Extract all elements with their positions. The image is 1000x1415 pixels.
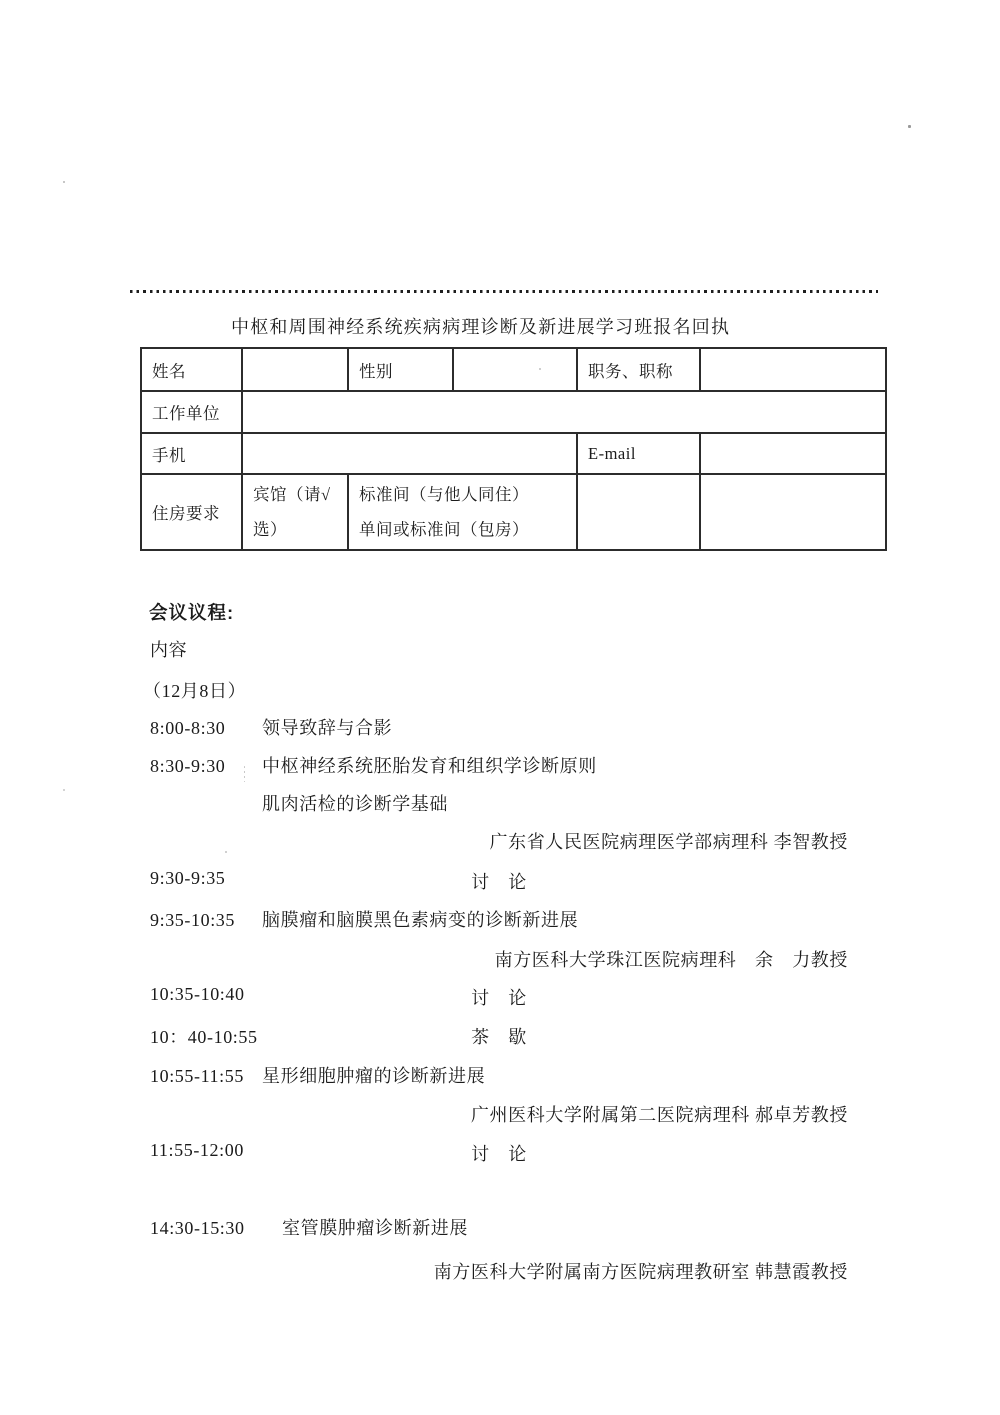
agenda-line: 8:30-9:30中枢神经系统胚胎发育和组织学诊断原则 — [150, 752, 848, 776]
agenda-line: 14:30-15:30室管膜肿瘤诊断新进展 — [150, 1214, 848, 1238]
session-topic: 肌肉活检的诊断学基础 — [262, 794, 448, 814]
speaker-name: 南方医科大学附属南方医院病理教研室 韩慧霞教授 — [434, 1262, 848, 1282]
table-row: 工作单位 — [141, 391, 886, 433]
session-time: 10:55-11:55 — [150, 1066, 262, 1087]
agenda-speaker-line: 南方医科大学珠江医院病理科 余 力教授 — [150, 946, 848, 970]
session-time: 10:35-10:40 — [150, 984, 262, 1005]
speaker-name: 广东省人民医院病理医学部病理科 李智教授 — [490, 832, 849, 852]
session-time: 9:35-10:35 — [150, 910, 262, 931]
agenda-speaker-line: 广州医科大学附属第二医院病理科 郝卓芳教授 — [150, 1101, 848, 1125]
gender-label-cell: 性别 — [348, 348, 453, 391]
session-topic: 室管膜肿瘤诊断新进展 — [282, 1218, 468, 1238]
session-topic: 中枢神经系统胚胎发育和组织学诊断原则 — [262, 756, 597, 776]
session-topic: 茶 歇 — [471, 1027, 527, 1047]
agenda-line: 11:55-12:00讨 论 — [150, 1140, 848, 1164]
gender-value-cell — [453, 348, 577, 391]
dotted-cut-line — [130, 290, 878, 293]
agenda-line: 9:35-10:35脑膜瘤和脑膜黑色素病变的诊断新进展 — [150, 906, 848, 930]
email-label-cell: E-mail — [577, 433, 700, 474]
housing-value-cell-2 — [700, 474, 886, 550]
form-title: 中枢和周围神经系统疾病病理诊断及新进展学习班报名回执 — [231, 313, 730, 339]
email-value-cell — [700, 433, 886, 474]
name-label-cell: 姓名 — [141, 348, 242, 391]
speaker-name: 广州医科大学附属第二医院病理科 郝卓芳教授 — [471, 1105, 848, 1125]
room-option-standard: 标准间（与他人同住） — [359, 477, 570, 512]
session-time: 8:00-8:30 — [150, 718, 262, 739]
agenda-line: 10：40-10:55茶 歇 — [150, 1023, 848, 1047]
scan-speck — [244, 766, 245, 782]
session-time: 8:30-9:30 — [150, 756, 262, 777]
workunit-label-cell: 工作单位 — [141, 391, 242, 433]
session-topic: 脑膜瘤和脑膜黑色素病变的诊断新进展 — [262, 910, 578, 930]
scan-speck — [539, 368, 541, 370]
agenda-content-label: 内容 — [150, 636, 848, 660]
hotel-check-cell: 宾馆（请√选） — [242, 474, 348, 550]
room-option-single: 单间或标准间（包房） — [359, 512, 570, 547]
session-topic: 领导致辞与合影 — [262, 718, 392, 738]
scanned-document-page: 中枢和周围神经系统疾病病理诊断及新进展学习班报名回执 姓名 性别 职务、职称 工… — [0, 0, 1000, 1415]
session-time: 11:55-12:00 — [150, 1140, 262, 1161]
agenda-heading: 会议议程: — [149, 599, 234, 625]
agenda-line-continuation: 肌肉活检的诊断学基础 — [150, 790, 848, 814]
table-row: 姓名 性别 职务、职称 — [141, 348, 886, 391]
scan-speck — [225, 851, 227, 853]
agenda-line: 10:35-10:40讨 论 — [150, 984, 848, 1008]
table-row: 住房要求 宾馆（请√选） 标准间（与他人同住） 单间或标准间（包房） — [141, 474, 886, 550]
housing-label-cell: 住房要求 — [141, 474, 242, 550]
speaker-name: 南方医科大学珠江医院病理科 余 力教授 — [495, 950, 848, 970]
session-topic: 星形细胞肿瘤的诊断新进展 — [262, 1066, 485, 1086]
session-topic: 讨 论 — [471, 872, 527, 892]
session-time: 14:30-15:30 — [150, 1218, 282, 1239]
scan-speck — [63, 789, 65, 791]
name-value-cell — [242, 348, 348, 391]
registration-table: 姓名 性别 职务、职称 工作单位 手机 E-mail 住房要求 宾馆（请√选） … — [140, 347, 887, 551]
room-options-cell: 标准间（与他人同住） 单间或标准间（包房） — [348, 474, 577, 550]
table-row: 手机 E-mail — [141, 433, 886, 474]
position-label-cell: 职务、职称 — [577, 348, 700, 391]
workunit-value-cell — [242, 391, 886, 433]
session-topic: 讨 论 — [471, 1144, 527, 1164]
agenda-date-label: （12月8日） — [143, 677, 841, 701]
housing-value-cell-1 — [577, 474, 700, 550]
agenda-line: 10:55-11:55星形细胞肿瘤的诊断新进展 — [150, 1062, 848, 1086]
agenda-line: 9:30-9:35讨 论 — [150, 868, 848, 892]
agenda-line: 8:00-8:30领导致辞与合影 — [150, 714, 848, 738]
position-value-cell — [700, 348, 886, 391]
session-topic: 讨 论 — [471, 988, 527, 1008]
agenda-speaker-line: 广东省人民医院病理医学部病理科 李智教授 — [150, 828, 848, 852]
scan-speck — [63, 181, 65, 183]
agenda-speaker-line: 南方医科大学附属南方医院病理教研室 韩慧霞教授 — [150, 1258, 848, 1282]
mobile-value-cell — [242, 433, 577, 474]
session-time: 10：40-10:55 — [150, 1023, 262, 1049]
scan-speck — [908, 125, 911, 128]
session-time: 9:30-9:35 — [150, 868, 262, 889]
mobile-label-cell: 手机 — [141, 433, 242, 474]
